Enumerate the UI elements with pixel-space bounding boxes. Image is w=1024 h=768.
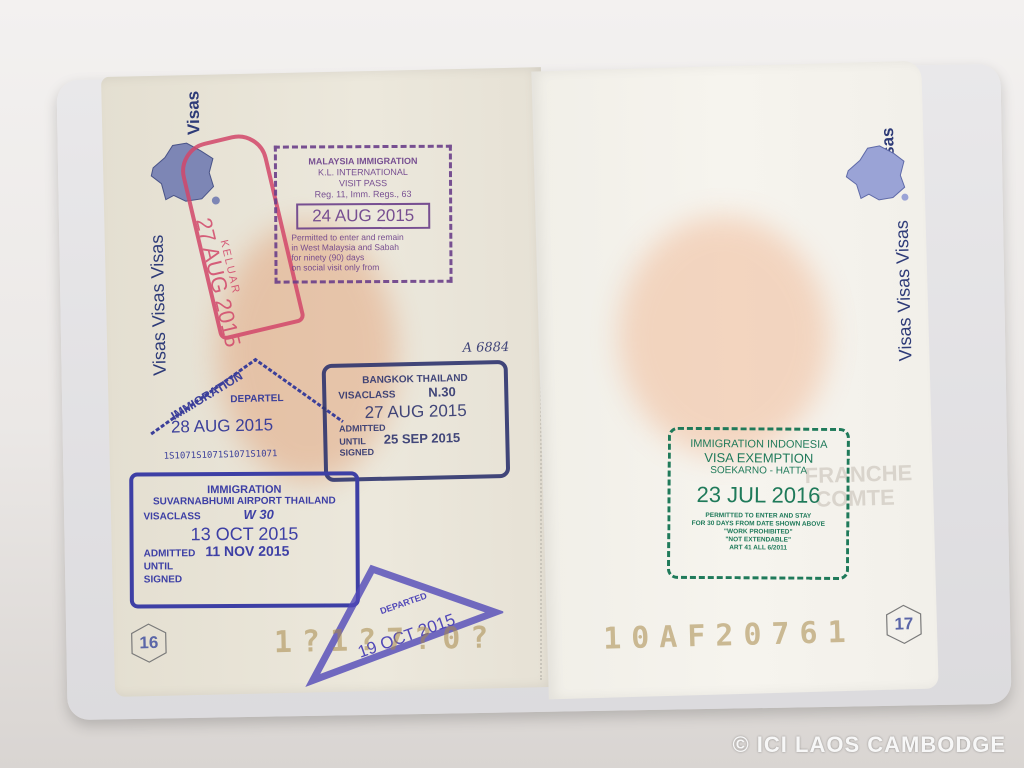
indonesia-visa-exemption-stamp: IMMIGRATION INDONESIA VISA EXEMPTION SOE… (667, 427, 850, 580)
stamp-text: MALAYSIA IMMIGRATION (277, 156, 449, 168)
france-map-icon (839, 143, 911, 205)
admitted-until-date: 11 NOV 2015 (205, 543, 289, 559)
admitted-until-date: 25 SEP 2015 (384, 430, 461, 447)
thailand-entry-stamp-bangkok: A 6884 BANGKOK THAILAND VISACLASS N.30 2… (322, 360, 511, 482)
visas-repeat-label: Visas Visas Visas (892, 220, 917, 362)
visa-class-value: W 30 (243, 507, 273, 522)
stamp-label: UNTIL (339, 436, 366, 447)
stamp-text: Reg. 11, Imm. Regs., 63 (277, 189, 449, 201)
malaysia-entry-stamp: MALAYSIA IMMIGRATION K.L. INTERNATIONAL … (274, 145, 453, 284)
photo-watermark: © ICI LAOS CAMBODGE (732, 732, 1006, 758)
stamp-date: 24 AUG 2015 (296, 203, 430, 230)
visa-class-value: N.30 (428, 384, 456, 400)
stamp-label: SIGNED (339, 444, 505, 459)
stamp-date: 28 AUG 2015 (171, 415, 274, 437)
stamp-text: K.L. INTERNATIONAL (277, 167, 449, 179)
perforated-serial-number: 10AF20761 (603, 615, 856, 657)
page-number-text: 17 (894, 614, 913, 635)
stamp-text: SOEKARNO - HATTA (671, 465, 847, 477)
handwritten-note: A 6884 (462, 340, 509, 356)
stamp-text: ART 41 ALL 6/2011 (670, 544, 846, 553)
visas-header: Visas (183, 91, 204, 136)
stamp-serial: 1S1071S1071S1071S1071 (164, 449, 278, 462)
stamp-text: on social visit only from (291, 262, 449, 273)
stamp-label: VISACLASS (143, 511, 200, 522)
right-visa-page: Visas Visas Visas Visas FRANCHE COMTE IM… (531, 61, 938, 700)
page-number-text: 16 (139, 633, 158, 653)
stamp-label: ADMITTED (144, 548, 196, 559)
paper-stain (615, 213, 832, 459)
perforated-serial-number: 1?1?7?0? (274, 620, 499, 660)
stamp-text: DEPARTEL (230, 393, 283, 405)
stamp-date: 23 JUL 2016 (670, 482, 846, 509)
page-number-17: 17 (886, 607, 921, 642)
left-visa-page: Visas Visas Visas Visas KELUAR 27 AUG 20… (101, 67, 555, 697)
thailand-departure-stamp: IMMIGRATION DEPARTEL 28 AUG 2015 1S1071S… (145, 352, 327, 466)
page-number-16: 16 (131, 626, 166, 661)
stamp-text: VISIT PASS (277, 178, 449, 190)
stamp-text: VISA EXEMPTION (671, 450, 847, 466)
stamp-label: VISACLASS (338, 389, 395, 401)
stamp-text: IMMIGRATION INDONESIA (671, 438, 847, 451)
stamp-text: SUVARNABHUMI AIRPORT THAILAND (133, 495, 355, 507)
